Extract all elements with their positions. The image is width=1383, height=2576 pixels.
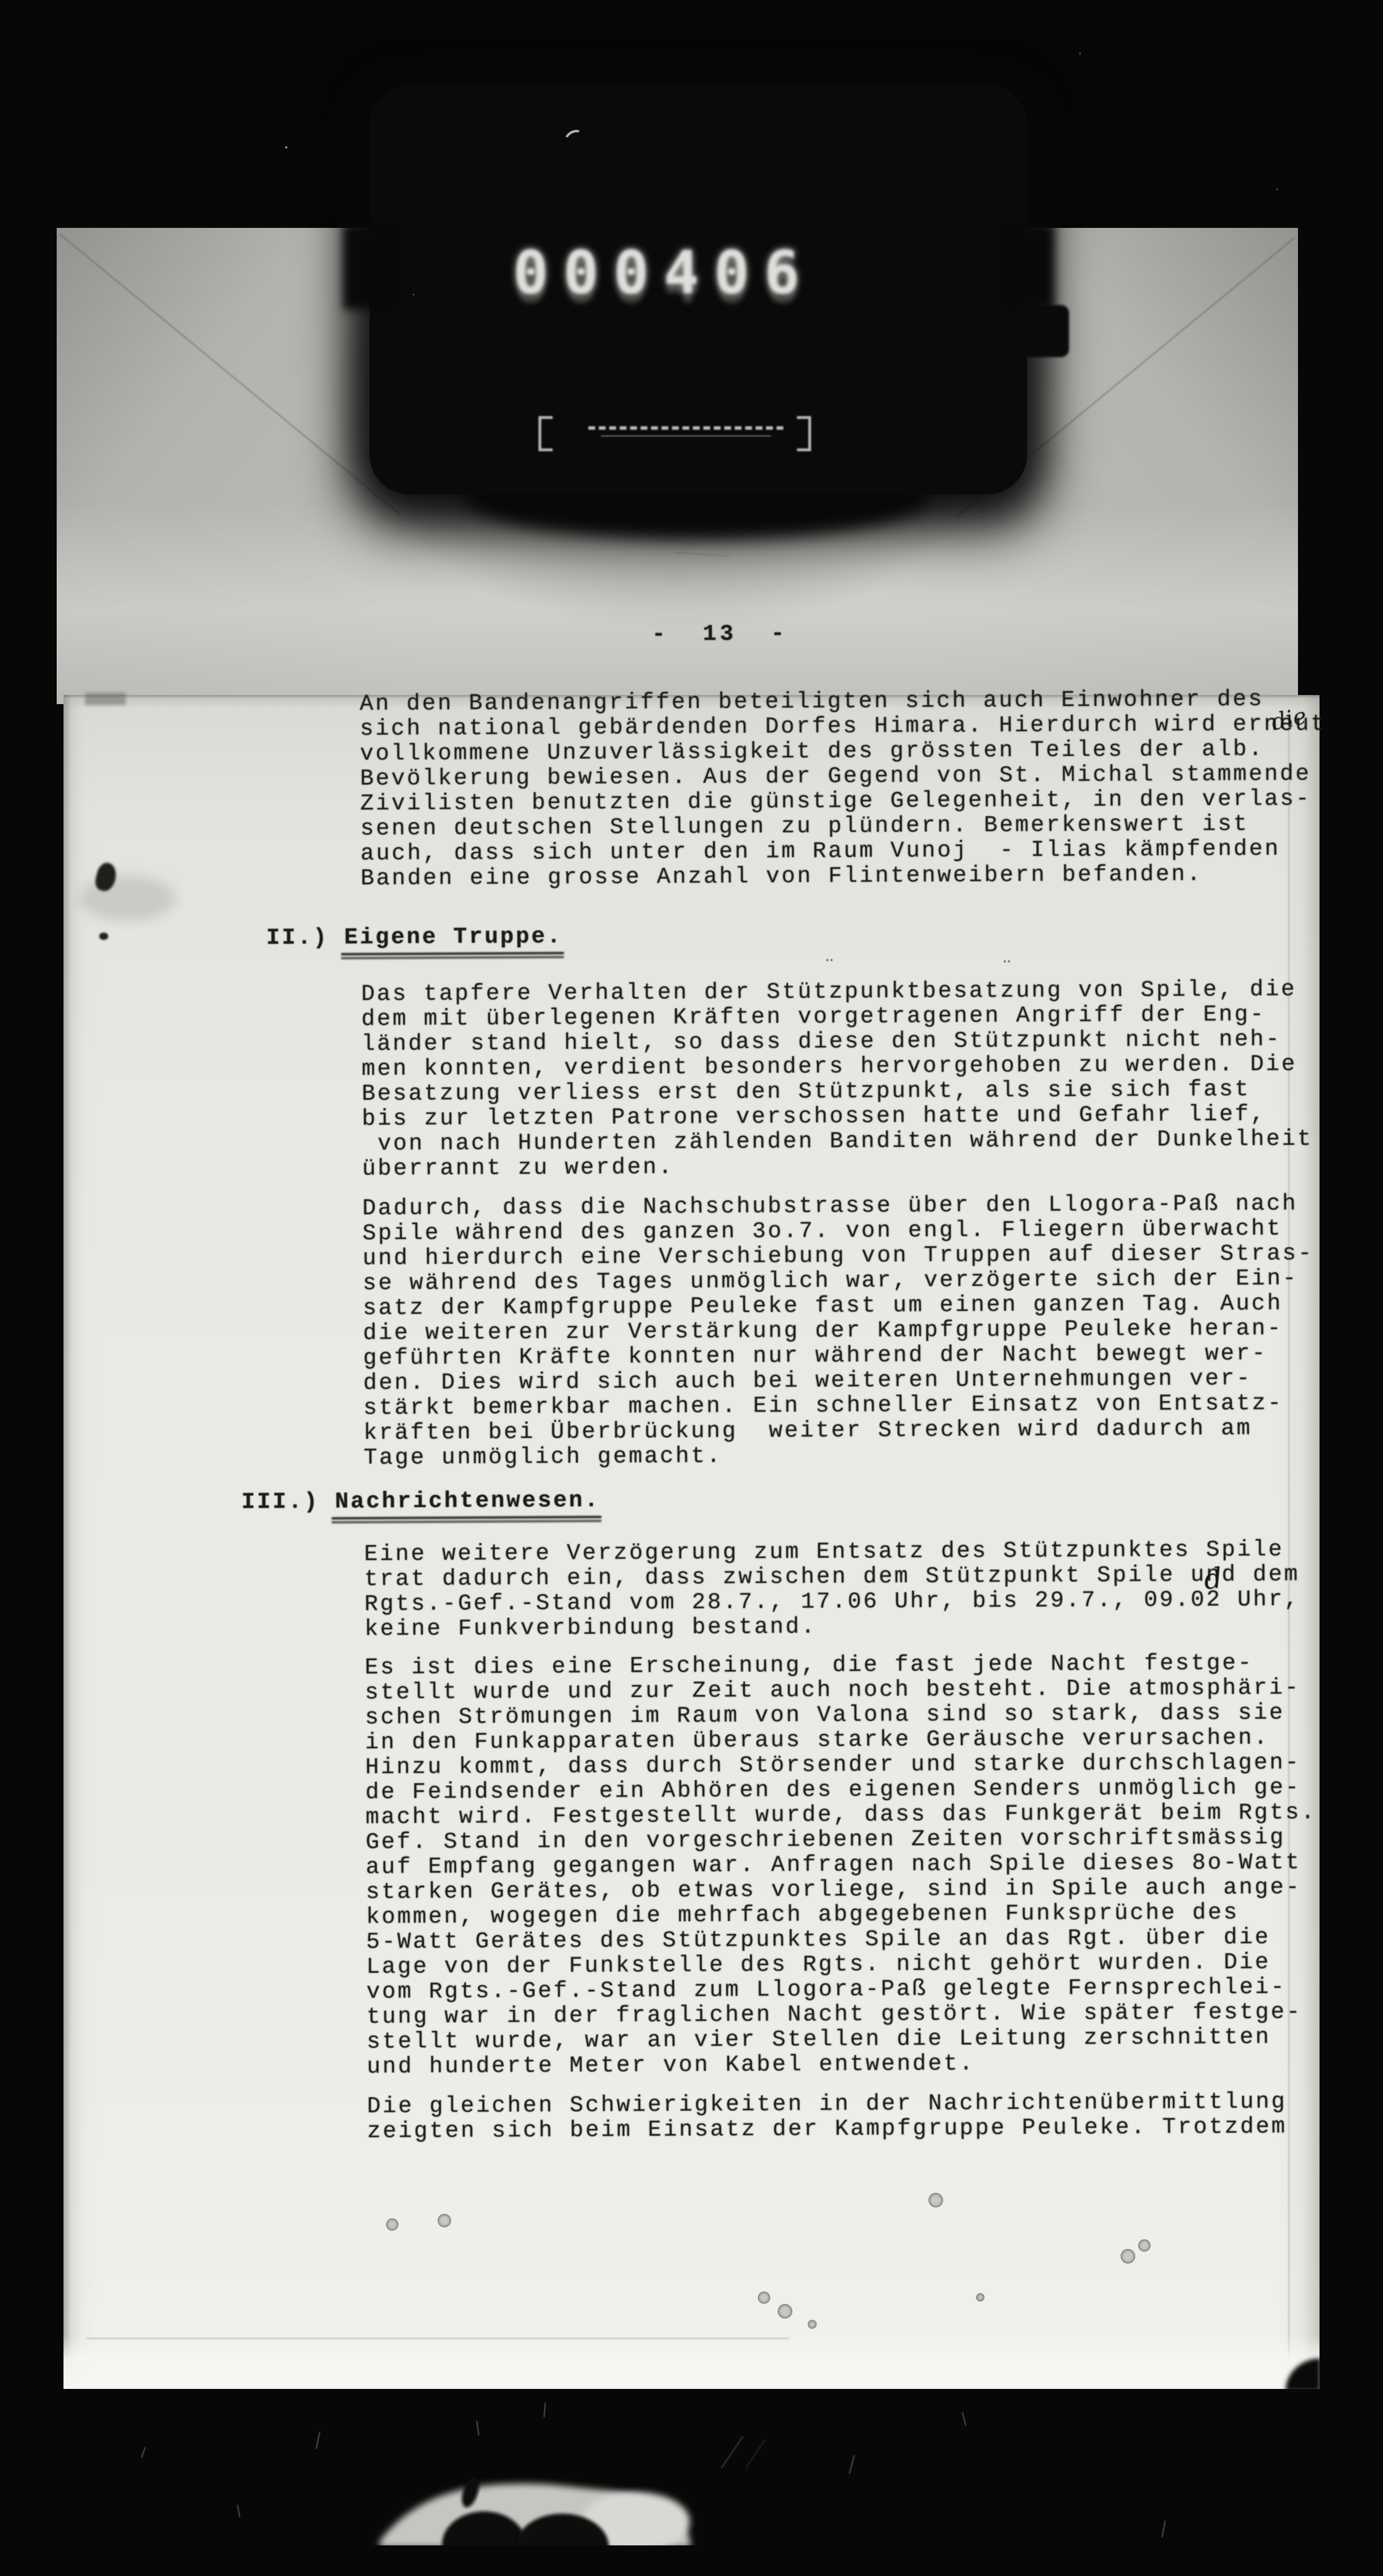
finger-silhouette: [363, 2472, 737, 2576]
paper-dot: [438, 2214, 451, 2227]
paper-dot: [928, 2193, 943, 2208]
paragraph-eigene-truppe-1: Das tapfere Verhalten der Stützpunktbesa…: [361, 977, 1313, 1182]
section-ii-numeral: II.): [266, 925, 329, 951]
paper-dot: [758, 2291, 770, 2304]
margin-ink-smudge: [79, 876, 176, 921]
typed-line: und hunderte Meter von Kabel entwendet.: [367, 2050, 1318, 2080]
typed-line: Banden eine grosse Anzahl von Flintenwei…: [360, 862, 1327, 892]
film-speck: [285, 146, 287, 149]
section-ii-heading: II.) Eigene Truppe.: [266, 925, 563, 951]
typed-line: kräften bei Überbrückung weiter Strecken…: [363, 1416, 1314, 1446]
typed-line: zeigten sich beim Einsatz der Kampfgrupp…: [367, 2115, 1287, 2145]
film-speck: [1079, 52, 1081, 55]
section-iii-title: Nachrichtenwesen.: [335, 1488, 600, 1519]
section-iii-numeral: III.): [241, 1489, 320, 1515]
paragraph-banden-attacks: An den Bandenangriffen beteiligten sich …: [359, 687, 1327, 892]
paper-dot: [1138, 2239, 1151, 2252]
typed-line: von nach Hunderten zählenden Banditen wä…: [362, 1127, 1313, 1157]
typed-line: Rgts.-Gef.-Stand vom 28.7., 17.06 Uhr, b…: [364, 1587, 1300, 1617]
typed-line: keine Funkverbindung bestand.: [364, 1612, 1300, 1642]
stray-typewriter-mark: ¨: [1000, 957, 1013, 982]
typed-line: stellt wurde, war an vier Stellen die Le…: [367, 2025, 1318, 2055]
typed-text-layer: - 13 - An den Bandenangriffen beteiligte…: [0, 0, 1383, 2576]
paragraph-nachrichten-3: Die gleichen Schwierigkeiten in der Nach…: [367, 2090, 1287, 2145]
film-speck: [413, 294, 414, 295]
paper-dot: [976, 2293, 985, 2302]
paragraph-nachrichten-2: Es ist dies eine Erscheinung, die fast j…: [364, 1651, 1318, 2080]
paper-dot: [808, 2320, 817, 2329]
paper-dot: [386, 2218, 398, 2231]
section-iii-heading: III.) Nachrichtenwesen.: [241, 1489, 600, 1515]
handwritten-insertion-d: d: [1202, 1561, 1224, 1596]
typed-line: Tage unmöglich gemacht.: [363, 1441, 1314, 1471]
typed-line: überrannt zu werden.: [362, 1152, 1313, 1182]
paper-dot: [778, 2304, 792, 2319]
paragraph-nachrichten-1: Eine weitere Verzögerung zum Entsatz des…: [364, 1537, 1300, 1642]
margin-ink-dot: [99, 933, 108, 940]
film-speck: [1276, 188, 1278, 190]
paper-dot: [1121, 2249, 1135, 2264]
stray-typewriter-mark: ¨: [823, 956, 836, 981]
section-ii-title: Eigene Truppe.: [344, 924, 562, 955]
microfilm-scan: 000406 - 13 - An den Bandenangriffen bet…: [0, 0, 1383, 2576]
page-number: - 13 -: [652, 622, 788, 647]
paragraph-eigene-truppe-2: Dadurch, dass die Nachschubstrasse über …: [362, 1192, 1314, 1471]
